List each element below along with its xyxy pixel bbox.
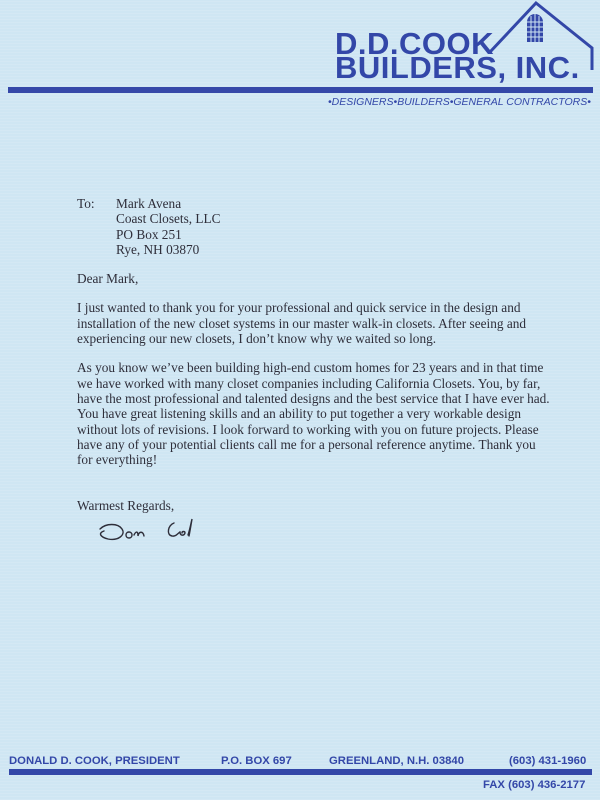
text-line: have the most professional and talented … xyxy=(77,391,597,406)
text-line: for everything! xyxy=(77,452,597,467)
recipient-city: Rye, NH 03870 xyxy=(116,242,221,257)
footer-po-box: P.O. BOX 697 xyxy=(221,755,292,767)
company-tagline: •DESIGNERS•BUILDERS•GENERAL CONTRACTORS• xyxy=(328,96,591,108)
recipient-name: Mark Avena xyxy=(116,196,221,211)
text-line: have any of your potential clients call … xyxy=(77,437,597,452)
recipient-address: Mark Avena Coast Closets, LLC PO Box 251… xyxy=(116,196,221,257)
text-line: I just wanted to thank you for your prof… xyxy=(77,300,597,315)
text-line: You have great listening skills and an a… xyxy=(77,406,597,421)
salutation: Dear Mark, xyxy=(77,271,597,286)
recipient-company: Coast Closets, LLC xyxy=(116,211,221,226)
closing: Warmest Regards, xyxy=(77,498,597,513)
footer-divider xyxy=(9,769,592,775)
footer-phone: (603) 431-1960 xyxy=(509,755,586,767)
footer-city: GREENLAND, N.H. 03840 xyxy=(329,755,464,767)
to-label: To: xyxy=(77,196,116,257)
text-line: experiencing our new closets, I don’t kn… xyxy=(77,331,597,346)
text-line: installation of the new closet systems i… xyxy=(77,316,597,331)
handwritten-signature-icon xyxy=(96,515,206,547)
footer-name: DONALD D. COOK, PRESIDENT xyxy=(9,755,180,767)
company-name-line2: BUILDERS, INC. xyxy=(335,52,580,83)
recipient-po-box: PO Box 251 xyxy=(116,227,221,242)
header-divider xyxy=(8,87,593,93)
text-line: without lots of revisions. I look forwar… xyxy=(77,422,597,437)
paragraph-2: As you know we’ve been building high-end… xyxy=(77,360,597,467)
paragraph-1: I just wanted to thank you for your prof… xyxy=(77,300,597,346)
text-line: As you know we’ve been building high-end… xyxy=(77,360,597,375)
footer-fax: FAX (603) 436-2177 xyxy=(483,779,585,791)
letter-body: To: Mark Avena Coast Closets, LLC PO Box… xyxy=(77,196,597,514)
arched-window-icon xyxy=(527,14,543,42)
recipient-block: To: Mark Avena Coast Closets, LLC PO Box… xyxy=(77,196,597,257)
text-line: we have worked with many closet companie… xyxy=(77,376,597,391)
